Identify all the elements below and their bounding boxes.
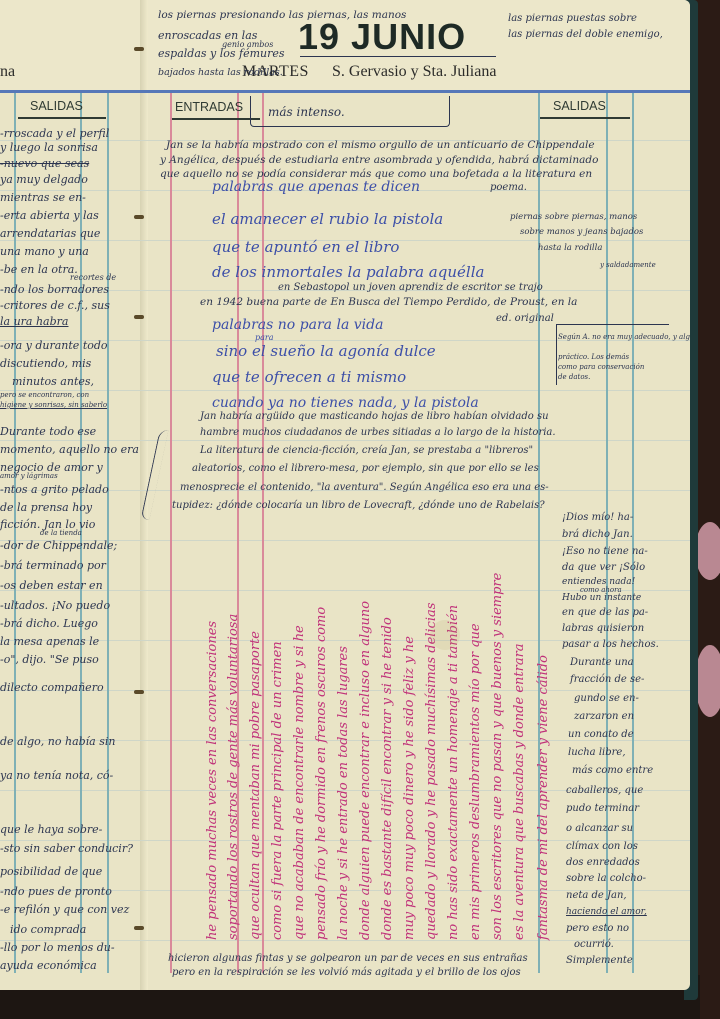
right-col-line: da que ver ¡Sólo [562, 563, 645, 573]
footer-line-2: pero en la respiración se les volvió más… [172, 968, 521, 978]
left-line: ya no tenía nota, có- [0, 770, 113, 781]
vertical-red-line: muy poco muy poco dinero y he sido feliz… [402, 636, 417, 940]
left-line: -erta abierta y las [0, 210, 99, 221]
vertical-red-line: que no acababan de encontrarle nombre y … [292, 625, 307, 940]
poem-line-6: sino el sueño la agonía dulce [216, 344, 436, 359]
prev-page-saint-fragment: na [0, 63, 15, 81]
right-col-line: zarzaron en [574, 712, 634, 722]
header-note-left-4: bajados hasta las rodillas. [158, 68, 283, 78]
boxed-note-1: Según A. no era muy adecuado, y algo poc… [558, 334, 690, 341]
right-col-line: ¡Dios mío! ha- [562, 513, 633, 523]
right-col-line: lucha libre, [568, 748, 626, 758]
paper-stain [430, 620, 460, 650]
finger-bottom [695, 645, 720, 717]
pin-mark [134, 47, 144, 51]
left-line: higiene y sonrisas, sin saberlo [0, 402, 107, 409]
date-heading: 19 JUNIO [298, 16, 466, 58]
left-line: -brá dicho. Luego [0, 618, 98, 629]
left-line: -ndo pues de pronto [0, 886, 112, 897]
left-line: la ura habra [0, 316, 68, 327]
proust-line: en 1942 buena parte de En Busca del Tiem… [200, 297, 577, 308]
left-line: ayuda económica [0, 960, 97, 971]
prose-line-4: aleatorios, como el librero-mesa, por ej… [192, 464, 539, 474]
right-col-line: neta de Jan, [566, 891, 627, 901]
right-col-line: gundo se en- [574, 694, 639, 704]
right-col-line: Durante una [570, 658, 634, 668]
right-col-line: en que de las pa- [562, 608, 648, 618]
right-col-line: Hubo un instante [562, 594, 641, 603]
boxed-note-4: de datos. [558, 374, 590, 381]
left-line: momento, aquello no era [0, 444, 139, 455]
right-col-line: haciendo el amor, [566, 908, 647, 917]
poem-insert: para [255, 334, 273, 342]
left-line: que le haya sobre- [0, 824, 102, 835]
finger-top [695, 522, 720, 580]
left-line: -ndo los borradores [0, 284, 109, 295]
entradas-red-line-1 [170, 93, 172, 973]
vertical-red-line: que ocultan que mentaban mi pobre pasapo… [248, 631, 263, 940]
vertical-red-line: quedado y llorado y he pasado muchísimas… [424, 603, 439, 940]
right-col-line: un conato de [568, 730, 634, 740]
right-col-line: clímax con los [566, 842, 638, 852]
prose-line-6: tupidez: ¿dónde colocaría un libro de Lo… [172, 501, 545, 511]
poem-line-7: que te ofrecen a ti mismo [212, 370, 406, 385]
right-col-line: Simplemente [566, 956, 633, 966]
right-col-line: caballeros, que [566, 786, 643, 796]
pin-mark [134, 215, 144, 219]
left-line: -be en la otra. [0, 264, 78, 275]
header-note-left-3: espaldas y los fémures [158, 48, 285, 59]
left-col-line-1 [14, 93, 16, 973]
right-col-line: o alcanzar su [566, 824, 633, 834]
left-line: -ora y durante todo [0, 340, 108, 351]
right-col-line: dos enredados [566, 858, 640, 868]
vertical-red-line: la noche y si he entrado en todas las lu… [336, 646, 351, 940]
header-rule [0, 90, 690, 93]
left-line: -critores de c.f., sus [0, 300, 110, 311]
left-line: pero se encontraron, con [0, 392, 89, 399]
salidas-underline [540, 117, 630, 119]
poem-line-8: cuando ya no tienes nada, y la pistola [212, 396, 479, 410]
margin-note-1: piernas sobre piernas, manos [510, 213, 637, 222]
vertical-red-line: pensado frío y he dormido en frenos oscu… [314, 607, 329, 940]
right-col-line: ocurrió. [574, 940, 614, 950]
vertical-red-line: es la aventura que buscabas y donde entr… [512, 643, 527, 940]
diary-page: na 19 JUNIO MARTES S. Gervasio y Sta. Ju… [0, 0, 690, 990]
main-line-2: y Angélica, después de estudiarla entre … [160, 155, 598, 166]
left-line: recortes de [70, 274, 116, 282]
left-line: -ntos a grito pelado [0, 484, 109, 495]
pin-mark [134, 926, 144, 930]
left-line: -llo por lo menos du- [0, 942, 115, 953]
left-line: -o", dijo. "Se puso [0, 654, 99, 665]
main-line-1: Jan se la habría mostrado con el mismo o… [166, 140, 595, 151]
left-line: ya muy delgado [0, 174, 88, 185]
left-line: -nuevo que seas [0, 158, 89, 169]
margin-note-3: hasta la rodilla [538, 244, 602, 253]
right-col-line: labras quisieron [562, 624, 644, 634]
left-line: la mesa apenas le [0, 636, 99, 647]
right-col-line: pasar a los hechos. [562, 640, 659, 650]
right-col-line: pudo terminar [566, 804, 639, 814]
header-note-right-2: las piernas del doble enemigo, [508, 30, 663, 40]
left-line: -brá terminado por [0, 560, 106, 571]
header-note-right-1: las piernas puestas sobre [508, 14, 637, 24]
entradas-heading: ENTRADAS [175, 100, 243, 114]
left-line: -ultados. ¡No puedo [0, 600, 110, 611]
prose-line-3: La literatura de ciencia-ficción, creía … [200, 446, 533, 456]
main-line-4: poema. [490, 183, 527, 193]
saints-label: S. Gervasio y Sta. Juliana [332, 63, 496, 81]
left-line: Durante todo ese [0, 426, 96, 437]
left-line: -os deben estar en [0, 580, 103, 591]
left-line: posibilidad de que [0, 866, 102, 877]
left-line: -dor de Chippendale; [0, 540, 117, 551]
vertical-red-line: donde alguien puede encontrar e incluso … [358, 601, 373, 940]
prose-line-2: hambre muchos ciudadanos de urbes sitiad… [200, 428, 556, 438]
vertical-red-line: donde es bastante difícil encontrar y si… [380, 617, 395, 940]
left-line: -e refilón y que con vez [0, 904, 129, 915]
left-line: mientras se en- [0, 192, 86, 203]
entradas-note-bracket [250, 96, 450, 127]
left-line: discutiendo, mis [0, 358, 91, 369]
vertical-red-line: soportando los rostros de gente más volu… [226, 614, 241, 940]
left-line: ido comprada [10, 924, 86, 935]
right-col-line: sobre la colcho- [566, 874, 646, 884]
left-line: minutos antes, [12, 376, 94, 387]
main-line-3: que aquello no se podía considerar más q… [160, 169, 592, 180]
entradas-underline [172, 118, 260, 120]
vertical-red-line: fantasma de mi del aprender y viene cáli… [536, 655, 551, 940]
footer-line-1: hicieron algunas fintas y se golpearon u… [168, 954, 528, 964]
left-salidas-underline [18, 117, 106, 119]
margin-note-4: y saldadamente [600, 262, 656, 269]
left-line: de algo, no había sin [0, 736, 116, 747]
vertical-red-line: son los escritores que no pasan y que bu… [490, 573, 505, 940]
poem-line-3: que te apuntó en el libro [212, 240, 399, 255]
left-col-line-3 [107, 93, 109, 973]
salidas-heading: SALIDAS [553, 99, 606, 113]
right-col-line: más como entre [572, 766, 653, 776]
left-salidas-heading: SALIDAS [30, 99, 83, 113]
proust-line-2: ed. original [496, 314, 554, 324]
right-col-line: pero esto no [566, 924, 629, 934]
left-line: de la prensa hoy [0, 502, 92, 513]
boxed-note-2: práctico. Los demás [558, 354, 629, 361]
prose-line-5: menosprecie el contenido, "la aventura".… [180, 483, 549, 493]
prose-line-1: Jan habría argüido que masticando hojas … [200, 412, 549, 422]
vertical-red-line: no has sido exactamente un homenaje a ti… [446, 605, 461, 940]
left-line: de la tienda [40, 530, 82, 537]
poem-line-1: palabras que apenas te dicen [212, 180, 420, 194]
pin-mark [134, 315, 144, 319]
left-line: -rroscada y el perfil [0, 128, 109, 139]
left-line: amor y lágrimas [0, 473, 58, 480]
date-bracket [300, 56, 496, 57]
right-col-line: brá dicho Jan. [562, 530, 633, 540]
left-line: arrendatarias que [0, 228, 100, 239]
poem-line-4: de los inmortales la palabra aquélla [212, 265, 484, 280]
poem-line-2: el amanecer el rubio la pistola [212, 212, 443, 227]
boxed-note-3: como para conservación [558, 364, 644, 371]
vertical-red-line: como si fuera la parte principal de un c… [270, 641, 285, 940]
sebastopol-line: en Sebastopol un joven aprendiz de escri… [278, 283, 543, 293]
vertical-red-line: he pensado muchas veces en las conversac… [205, 621, 220, 940]
right-col-line: fracción de se- [570, 675, 644, 685]
left-line: una mano y una [0, 246, 89, 257]
poem-line-5: palabras no para la vida [212, 318, 383, 332]
vertical-red-line: en mis primeros deslumbramientos mío por… [468, 623, 483, 940]
right-col-line: ¡Eso no tiene na- [562, 547, 648, 557]
header-note-left-1: los piernas presionando las piernas, las… [158, 10, 406, 21]
pin-mark [134, 690, 144, 694]
margin-note-2: sobre manos y jeans bajados [520, 228, 643, 237]
left-line: dilecto compañero [0, 682, 104, 693]
left-line: -sto sin saber conducir? [0, 843, 133, 854]
left-line: y luego la sonrisa [0, 142, 98, 153]
